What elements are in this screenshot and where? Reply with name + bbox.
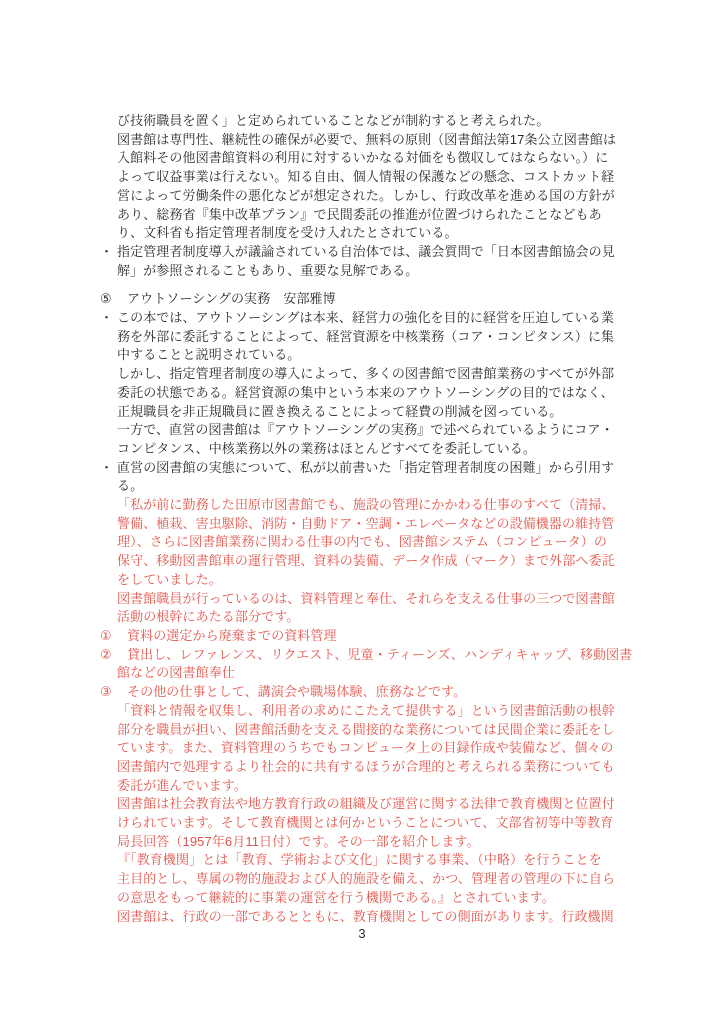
bullet-marker: ・ [100,309,117,459]
page-number: 3 [0,925,724,944]
quote-paragraph-tahara-library: 「私が前に勤務した田原市図書館でも、施設の管理にかかわる仕事のすべて（清掃、 警… [100,496,660,627]
bullet-marker: ・ [100,459,117,496]
bullet-item-jla-opinion: ・ 指定管理者制度導入が議論されている自治体では、議会質問で「日本図書館協会の見… [100,243,660,280]
circled-number-3-marker: ③ [100,683,117,702]
bullet-item-quote-source: ・ 直営の図書館の実態について、私が以前書いた「指定管理者制度の困難」から引用す… [100,459,660,496]
numbered-item-1: ① 資料の選定から廃棄までの資料管理 [100,627,660,646]
section-title: アウトソーシングの実務 安部雅博 [117,290,336,309]
numbered-item-3: ③ その他の仕事として、講演会や職場体験、庶務などです。 [100,683,660,702]
bullet-text-jla-opinion: 指定管理者制度導入が議論されている自治体では、議会質問で「日本図書館協会の見 解… [117,243,615,280]
bullet-marker: ・ [100,243,117,280]
bullet-item-book-summary: ・ この本では、アウトソーシングは本来、経営力の強化を目的に経営を圧迫している業… [100,309,660,459]
bullet-text-quote-source: 直営の図書館の実態について、私が以前書いた「指定管理者制度の困難」から引用す る… [117,459,614,496]
numbered-item-3-text: その他の仕事として、講演会や職場体験、庶務などです。 [117,683,466,702]
circled-number-2-marker: ② [100,646,117,683]
bullet-text-book-summary: この本では、アウトソーシングは本来、経営力の強化を目的に経営を圧迫している業 務… [117,309,614,459]
paragraph-library-principles: び技術職員を置く」と定められていることなどが制約すると考えられた。 図書館は専門… [100,112,660,243]
quote-paragraph-education-institution: 「資料と情報を収集し、利用者の求めにこたえて提供する」という図書館活動の根幹 部… [100,702,660,926]
numbered-item-2: ② 貸出し、レファレンス、リクエスト、児童・ティーンズ、ハンディキャップ、移動図… [100,646,660,683]
circled-number-1-marker: ① [100,627,117,646]
document-page: び技術職員を置く」と定められていることなどが制約すると考えられた。 図書館は専門… [0,0,724,1024]
numbered-item-2-text: 貸出し、レファレンス、リクエスト、児童・ティーンズ、ハンディキャップ、移動図書 … [117,646,632,683]
section-number-marker: ⑤ [100,290,117,309]
section-heading-outsourcing: ⑤ アウトソーシングの実務 安部雅博 [100,290,660,309]
numbered-item-1-text: 資料の選定から廃棄までの資料管理 [117,627,337,646]
page-content: び技術職員を置く」と定められていることなどが制約すると考えられた。 図書館は専門… [100,112,660,926]
